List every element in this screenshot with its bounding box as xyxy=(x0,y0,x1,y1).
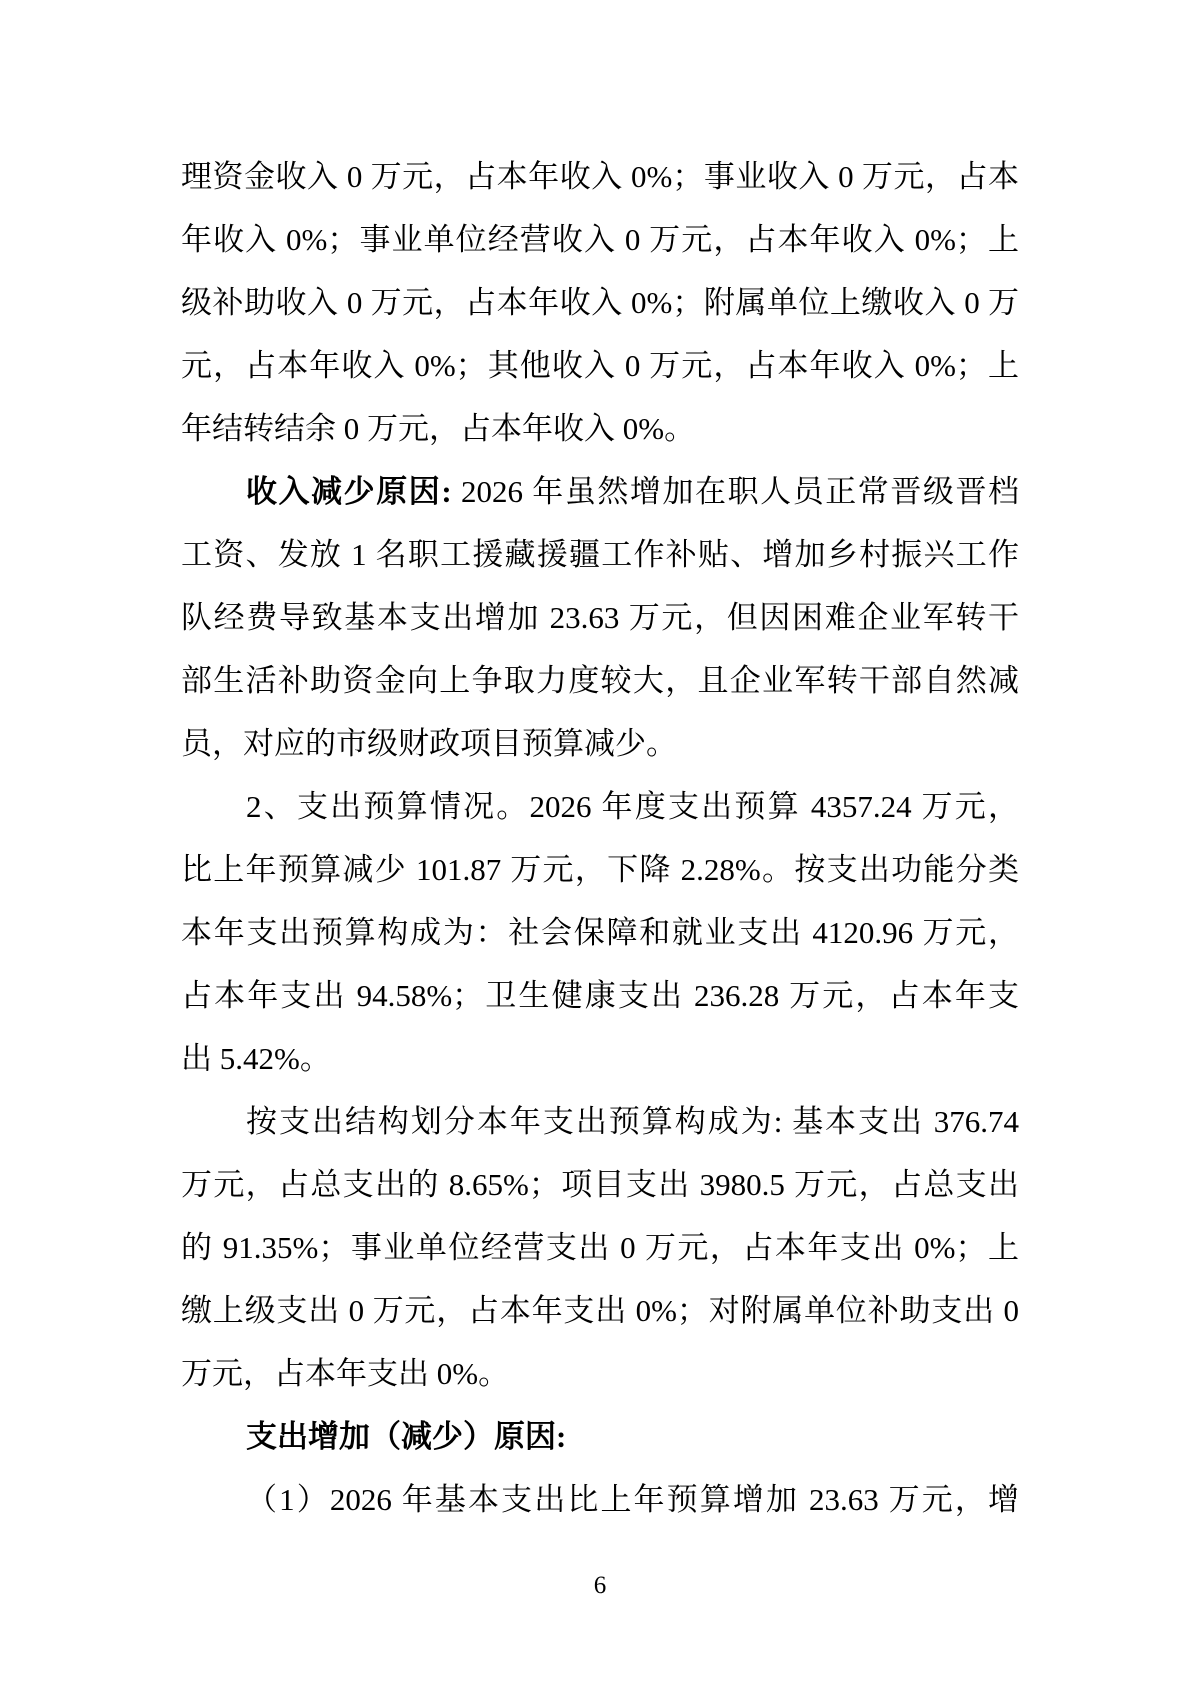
text-line: 支出增加（减少）原因: xyxy=(181,1405,1019,1468)
bold-run: 收入减少原因: xyxy=(246,474,452,509)
text-line: 级补助收入 0 万元，占本年收入 0%；附属单位上缴收入 0 万 xyxy=(181,271,1019,334)
text-line: 占本年支出 94.58%；卫生健康支出 236.28 万元，占本年支 xyxy=(181,964,1019,1027)
text-line: 按支出结构划分本年支出预算构成为: 基本支出 376.74 xyxy=(181,1090,1019,1153)
text-line: 2、支出预算情况。2026 年度支出预算 4357.24 万元， xyxy=(181,775,1019,838)
text-line: 收入减少原因: 2026 年虽然增加在职人员正常晋级晋档 xyxy=(181,460,1019,523)
text-line: 的 91.35%；事业单位经营支出 0 万元，占本年支出 0%；上 xyxy=(181,1216,1019,1279)
text-line: 万元，占总支出的 8.65%；项目支出 3980.5 万元，占总支出 xyxy=(181,1153,1019,1216)
text-line: 员，对应的市级财政项目预算减少。 xyxy=(181,712,1019,775)
text-line: 缴上级支出 0 万元，占本年支出 0%；对附属单位补助支出 0 xyxy=(181,1279,1019,1342)
text-line: （1）2026 年基本支出比上年预算增加 23.63 万元，增 xyxy=(181,1468,1019,1531)
text-line: 部生活补助资金向上争取力度较大，且企业军转干部自然减 xyxy=(181,649,1019,712)
document-body: 理资金收入 0 万元，占本年收入 0%；事业收入 0 万元，占本年收入 0%；事… xyxy=(181,145,1019,1531)
text-line: 比上年预算减少 101.87 万元，下降 2.28%。按支出功能分类 xyxy=(181,838,1019,901)
text-line: 理资金收入 0 万元，占本年收入 0%；事业收入 0 万元，占本 xyxy=(181,145,1019,208)
text-line: 队经费导致基本支出增加 23.63 万元，但因困难企业军转干 xyxy=(181,586,1019,649)
document-page: 理资金收入 0 万元，占本年收入 0%；事业收入 0 万元，占本年收入 0%；事… xyxy=(0,0,1200,1697)
text-line: 出 5.42%。 xyxy=(181,1027,1019,1090)
text-line: 本年支出预算构成为：社会保障和就业支出 4120.96 万元， xyxy=(181,901,1019,964)
text-line: 年结转结余 0 万元，占本年收入 0%。 xyxy=(181,397,1019,460)
text-line: 万元，占本年支出 0%。 xyxy=(181,1342,1019,1405)
text-line: 工资、发放 1 名职工援藏援疆工作补贴、增加乡村振兴工作 xyxy=(181,523,1019,586)
page-footer: 6 xyxy=(0,1571,1200,1601)
text-line: 元，占本年收入 0%；其他收入 0 万元，占本年收入 0%；上 xyxy=(181,334,1019,397)
page-number: 6 xyxy=(594,1572,607,1599)
text-line: 年收入 0%；事业单位经营收入 0 万元，占本年收入 0%；上 xyxy=(181,208,1019,271)
